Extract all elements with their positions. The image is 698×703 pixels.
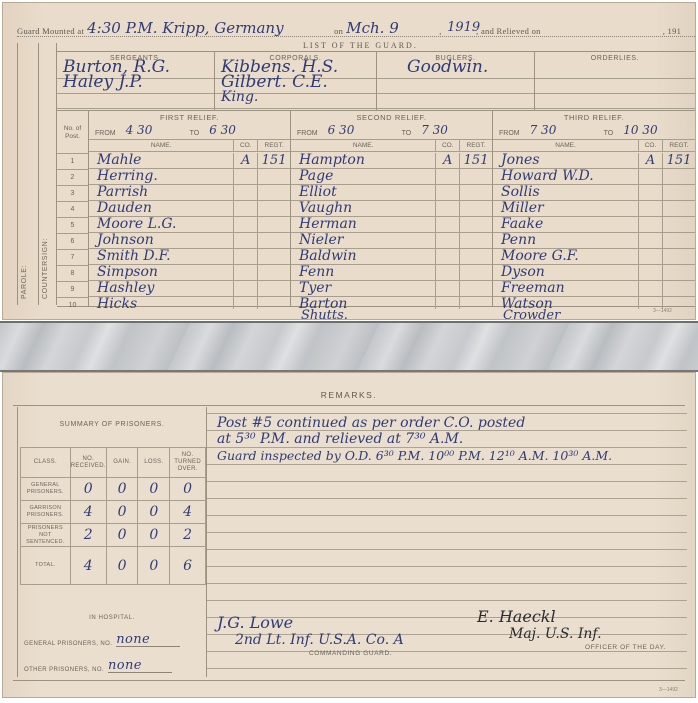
date-value: Mch. 9 — [343, 20, 433, 36]
co-header: CO. — [639, 140, 663, 151]
co-header: CO. — [436, 140, 460, 151]
officer-of-day-signature-block: E. Haeckl Maj. U.S. Inf. OFFICER OF THE … — [473, 607, 683, 651]
company: A — [639, 153, 663, 168]
hospital-general-line: GENERAL PRISONERS, NO. none — [24, 633, 180, 647]
to-label: TO — [402, 130, 412, 137]
company — [436, 297, 460, 309]
company — [234, 169, 258, 184]
column-header: CLASS. — [21, 448, 71, 478]
remark-line: Guard inspected by O.D. 6³⁰ P.M. 10⁰⁰ P.… — [217, 448, 612, 464]
post-number: 3 — [57, 185, 88, 201]
parole-label: PAROLE: — [21, 265, 28, 299]
table-row: Penn — [493, 233, 695, 249]
table-row: HamptonA151 — [291, 153, 492, 169]
officer-of-day-caption: OFFICER OF THE DAY. — [473, 644, 683, 651]
other-prisoners-value: none — [108, 659, 172, 673]
gain-value: 0 — [106, 547, 138, 585]
post-number: 10 — [57, 297, 88, 307]
commanding-guard-signature-block: J.G. Lowe 2nd Lt. Inf. U.S.A. Co. A COMM… — [213, 613, 443, 657]
regiment — [663, 281, 695, 296]
company — [436, 185, 460, 200]
guard-name: Baldwin — [291, 249, 436, 264]
column-header: GAIN. — [106, 448, 138, 478]
table-row: Simpson — [89, 265, 290, 281]
gain-value: 0 — [106, 524, 138, 547]
table-row: Moore G.F. — [493, 249, 695, 265]
loss-value: 0 — [138, 478, 170, 501]
general-prisoners-label: GENERAL PRISONERS, NO. — [24, 641, 112, 647]
sergeants-section: SERGEANTS. Burton, R.G. Haley J.P. — [57, 52, 215, 110]
name-header: NAME. — [493, 140, 639, 151]
loss-value: 0 — [138, 501, 170, 524]
guard-name: Smith D.F. — [89, 249, 234, 264]
regiment — [663, 265, 695, 280]
company — [234, 265, 258, 280]
company — [436, 201, 460, 216]
from-label: FROM — [95, 130, 116, 137]
table-row: Howard W.D. — [493, 169, 695, 185]
regiment — [258, 217, 290, 232]
guard-name: Sollis — [493, 185, 639, 200]
total-row: TOTAL. 4 0 0 6 — [21, 547, 206, 585]
regt-header: REGT. — [460, 140, 492, 151]
company — [436, 249, 460, 264]
guard-name: Dauden — [89, 201, 234, 216]
gain-value: 0 — [106, 478, 138, 501]
page-divider-band — [0, 321, 698, 372]
corporal-name: King. — [221, 90, 338, 105]
guard-name: Nieler — [291, 233, 436, 248]
countersign-label: COUNTERSIGN: — [42, 238, 49, 299]
divider — [13, 405, 685, 406]
class-label: PRISONERS NOT SENTENCED. — [21, 524, 71, 547]
post-number: 7 — [57, 249, 88, 265]
post-number-column: No. of Post. 1 2 3 4 5 6 7 8 9 10 — [57, 111, 89, 306]
name-header: NAME. — [291, 140, 436, 151]
guard-name: Mahle — [89, 153, 234, 168]
regiment — [663, 201, 695, 216]
remarks-page: REMARKS. SUMMARY OF PRISONERS. CLASS. NO… — [2, 372, 696, 698]
turned-over-value: 6 — [170, 547, 206, 585]
regiment — [258, 297, 290, 309]
hospital-other-line: OTHER PRISONERS, NO. none — [24, 659, 172, 673]
table-row: Miller — [493, 201, 695, 217]
post-number: 4 — [57, 201, 88, 217]
name-header: NAME. — [89, 140, 234, 151]
table-row: GARRISON PRISONERS. 4 0 0 4 — [21, 501, 206, 524]
remarks-title: REMARKS. — [3, 390, 695, 400]
post-number: 8 — [57, 265, 88, 281]
regiment: 151 — [663, 153, 695, 168]
post-number: 2 — [57, 169, 88, 185]
regiment — [460, 281, 492, 296]
parole-column: PAROLE: — [17, 43, 39, 305]
commanding-guard-caption: COMMANDING GUARD. — [213, 650, 443, 657]
guard-name: Hashley — [89, 281, 234, 296]
table-row: PRISONERS NOT SENTENCED. 2 0 0 2 — [21, 524, 206, 547]
table-row: Nieler — [291, 233, 492, 249]
table-row: Dauden — [89, 201, 290, 217]
regiment — [258, 281, 290, 296]
from-time: 6 30 — [328, 123, 396, 137]
regiment — [460, 233, 492, 248]
loss-value: 0 — [138, 547, 170, 585]
guard-name: Freeman — [493, 281, 639, 296]
table-row: Tyer — [291, 281, 492, 297]
table-row: Faake — [493, 217, 695, 233]
company — [234, 233, 258, 248]
turned-over-value: 2 — [170, 524, 206, 547]
list-of-guard-title: LIST OF THE GUARD. — [303, 41, 418, 50]
divider — [13, 680, 685, 681]
table-row: Hashley — [89, 281, 290, 297]
form-number: 3—1492 — [659, 687, 678, 693]
company — [436, 233, 460, 248]
on-label: on — [334, 26, 343, 36]
guard-name: Tyer — [291, 281, 436, 296]
regiment — [460, 185, 492, 200]
guard-mounted-line: Guard Mounted at 4:30 P.M. Kripp, German… — [17, 17, 695, 37]
remarks-area: Post #5 continued as per order C.O. post… — [207, 407, 687, 679]
other-prisoners-label: OTHER PRISONERS, NO. — [24, 667, 104, 673]
company — [234, 281, 258, 296]
company — [639, 217, 663, 232]
regiment — [460, 169, 492, 184]
company — [234, 249, 258, 264]
regt-header: REGT. — [663, 140, 695, 151]
summary-title: SUMMARY OF PRISONERS. — [18, 421, 206, 428]
to-time: 6 30 — [209, 123, 236, 137]
class-label: GARRISON PRISONERS. — [21, 501, 71, 524]
from-label: FROM — [499, 130, 520, 137]
company — [639, 233, 663, 248]
corporal-name: Gilbert. C.E. — [221, 75, 338, 90]
table-row: Herman — [291, 217, 492, 233]
guard-name: Miller — [493, 201, 639, 216]
regiment — [460, 297, 492, 309]
company — [436, 169, 460, 184]
guard-name: Hicks — [89, 297, 234, 309]
in-hospital-title: IN HOSPITAL. — [18, 615, 206, 621]
post-number-header: No. of Post. — [57, 125, 88, 141]
year-value: 1919 — [444, 20, 476, 36]
guard-name: Penn — [493, 233, 639, 248]
table-row: GENERAL PRISONERS. 0 0 0 0 — [21, 478, 206, 501]
guard-name: Herring. — [89, 169, 234, 184]
post-number: 9 — [57, 281, 88, 297]
relieved-year-prefix: , 191 — [663, 26, 682, 36]
commanding-guard-signature: J.G. Lowe — [213, 613, 443, 632]
regiment — [258, 233, 290, 248]
gain-value: 0 — [106, 501, 138, 524]
from-label: FROM — [297, 130, 318, 137]
table-row: Freeman — [493, 281, 695, 297]
guard-mounted-value: 4:30 P.M. Kripp, Germany — [84, 20, 334, 36]
general-prisoners-value: none — [116, 633, 180, 647]
officer-of-day-signature: E. Haeckl — [473, 607, 683, 626]
to-label: TO — [604, 130, 614, 137]
company — [234, 201, 258, 216]
table-row: Page — [291, 169, 492, 185]
company — [639, 169, 663, 184]
company: A — [436, 153, 460, 168]
guard-mounted-label: Guard Mounted at — [17, 26, 84, 36]
regiment — [663, 217, 695, 232]
table-row: Smith D.F. — [89, 249, 290, 265]
guard-name: Herman — [291, 217, 436, 232]
company — [436, 217, 460, 232]
table-row: Herring. — [89, 169, 290, 185]
guard-name: Jones — [493, 153, 639, 168]
received-value: 0 — [70, 478, 106, 501]
company — [234, 185, 258, 200]
table-row: Dyson — [493, 265, 695, 281]
guard-name: Fenn — [291, 265, 436, 280]
corporals-section: CORPORALS. Kibbens. H.S. Gilbert. C.E. K… — [215, 52, 377, 110]
regiment — [460, 217, 492, 232]
received-value: 2 — [70, 524, 106, 547]
column-header: NO. RECEIVED. — [70, 448, 106, 478]
table-row: Elliot — [291, 185, 492, 201]
company: A — [234, 153, 258, 168]
table-row: Baldwin — [291, 249, 492, 265]
regiment — [663, 185, 695, 200]
company — [234, 217, 258, 232]
regiment — [663, 233, 695, 248]
remark-line: Post #5 continued as per order C.O. post… — [217, 415, 525, 431]
guard-name: Dyson — [493, 265, 639, 280]
guard-name: Johnson — [89, 233, 234, 248]
orderlies-label: ORDERLIES. — [535, 55, 695, 62]
to-label: TO — [190, 130, 200, 137]
received-value: 4 — [70, 547, 106, 585]
guard-roles: SERGEANTS. Burton, R.G. Haley J.P. CORPO… — [57, 51, 695, 111]
regiment — [663, 249, 695, 264]
prisoner-summary-box: SUMMARY OF PRISONERS. CLASS. NO. RECEIVE… — [17, 407, 207, 677]
table-row: Fenn — [291, 265, 492, 281]
guard-name: Vaughn — [291, 201, 436, 216]
relief-tables: No. of Post. 1 2 3 4 5 6 7 8 9 10 FIRST … — [57, 111, 695, 307]
table-row: JonesA151 — [493, 153, 695, 169]
guard-name: Howard W.D. — [493, 169, 639, 184]
guard-name: Simpson — [89, 265, 234, 280]
guard-name: Faake — [493, 217, 639, 232]
table-row: Parrish — [89, 185, 290, 201]
regt-header: REGT. — [258, 140, 290, 151]
regiment — [258, 265, 290, 280]
regiment — [460, 201, 492, 216]
post-number: 5 — [57, 217, 88, 233]
class-label: TOTAL. — [21, 547, 71, 585]
post-number: 6 — [57, 233, 88, 249]
relieved-label: , and Relieved on — [476, 26, 541, 36]
regiment — [258, 249, 290, 264]
guard-name: Hampton — [291, 153, 436, 168]
from-time: 7 30 — [530, 123, 598, 137]
company — [639, 249, 663, 264]
regiment — [663, 169, 695, 184]
regiment: 151 — [258, 153, 290, 168]
table-row: Moore L.G. — [89, 217, 290, 233]
prisoner-summary-table: CLASS. NO. RECEIVED. GAIN. LOSS. NO. TUR… — [20, 447, 206, 585]
column-header: LOSS. — [138, 448, 170, 478]
table-row: Sollis — [493, 185, 695, 201]
column-header: NO. TURNED OVER. — [170, 448, 206, 478]
regiment — [258, 185, 290, 200]
second-relief: SECOND RELIEF. FROM 6 30 TO 7 30 NAME. C… — [291, 111, 493, 306]
form-number: 3—1492 — [653, 308, 672, 314]
guard-name: Parrish — [89, 185, 234, 200]
to-time: 10 30 — [623, 123, 657, 137]
orderlies-section: ORDERLIES. — [535, 52, 695, 110]
regiment — [258, 169, 290, 184]
guard-list-page: Guard Mounted at 4:30 P.M. Kripp, German… — [2, 2, 696, 320]
company — [436, 265, 460, 280]
company — [234, 297, 258, 309]
countersign-column: COUNTERSIGN: — [39, 43, 57, 305]
first-relief: FIRST RELIEF. FROM 4 30 TO 6 30 NAME. CO… — [89, 111, 291, 306]
loss-value: 0 — [138, 524, 170, 547]
bugler-name: Goodwin. — [407, 60, 488, 75]
regiment: 151 — [460, 153, 492, 168]
class-label: GENERAL PRISONERS. — [21, 478, 71, 501]
table-row: Vaughn — [291, 201, 492, 217]
commanding-guard-unit: 2nd Lt. Inf. U.S.A. Co. A — [213, 632, 443, 648]
guard-name: Elliot — [291, 185, 436, 200]
to-time: 7 30 — [421, 123, 448, 137]
officer-of-day-rank: Maj. U.S. Inf. — [473, 626, 683, 642]
company — [639, 185, 663, 200]
regiment — [460, 265, 492, 280]
company — [436, 281, 460, 296]
guard-name: Page — [291, 169, 436, 184]
company — [639, 265, 663, 280]
company — [639, 281, 663, 296]
remark-line: at 5³⁰ P.M. and relieved at 7³⁰ A.M. — [217, 431, 463, 447]
regiment — [258, 201, 290, 216]
post-number: 1 — [57, 153, 88, 169]
guard-name: Moore G.F. — [493, 249, 639, 264]
from-time: 4 30 — [126, 123, 184, 137]
co-header: CO. — [234, 140, 258, 151]
third-relief: THIRD RELIEF. FROM 7 30 TO 10 30 NAME. C… — [493, 111, 695, 306]
regiment — [460, 249, 492, 264]
received-value: 4 — [70, 501, 106, 524]
sergeant-name: Haley J.P. — [63, 75, 170, 90]
company — [639, 201, 663, 216]
buglers-section: BUGLERS. Goodwin. — [377, 52, 535, 110]
turned-over-value: 0 — [170, 478, 206, 501]
table-row: Johnson — [89, 233, 290, 249]
turned-over-value: 4 — [170, 501, 206, 524]
table-row: Hicks — [89, 297, 290, 309]
guard-name: Moore L.G. — [89, 217, 234, 232]
table-row: MahleA151 — [89, 153, 290, 169]
